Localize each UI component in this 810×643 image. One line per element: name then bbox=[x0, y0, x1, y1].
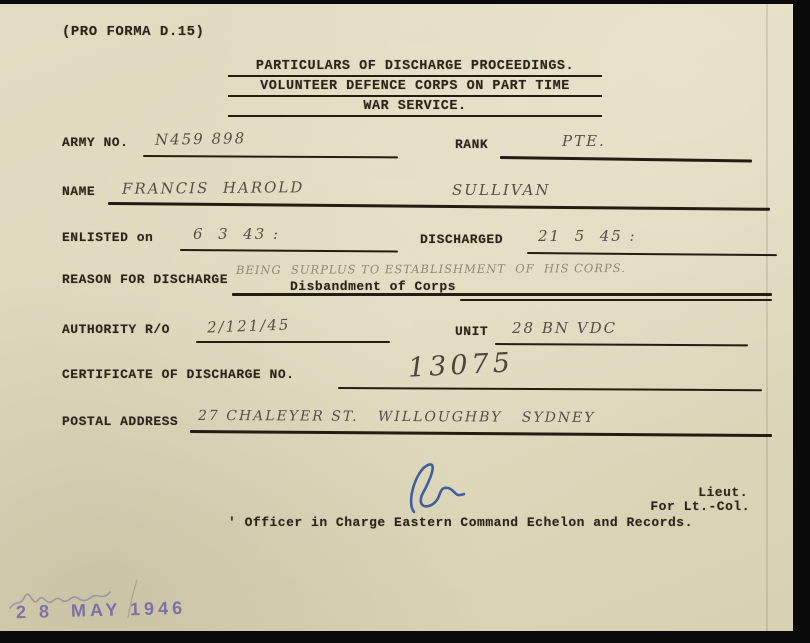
pro-forma-label: (PRO FORMA D.15) bbox=[62, 24, 204, 40]
rank-value: PTE. bbox=[562, 132, 606, 150]
name-label: NAME bbox=[62, 184, 95, 199]
scan-edge-bottom bbox=[0, 631, 810, 643]
ruled-line bbox=[495, 343, 748, 346]
certificate-label: CERTIFICATE OF DISCHARGE NO. bbox=[62, 367, 294, 382]
rank-label: RANK bbox=[455, 137, 488, 152]
army-no-label: ARMY NO. bbox=[62, 135, 128, 150]
reason-label: REASON FOR DISCHARGE bbox=[62, 272, 228, 287]
ruled-line bbox=[196, 341, 390, 343]
ruled-line bbox=[527, 252, 777, 256]
title-line-2: VOLUNTEER DEFENCE CORPS ON PART TIME bbox=[228, 79, 602, 97]
authority-value: 2/121/45 bbox=[207, 316, 291, 337]
reason-handwritten-value: BEING SURPLUS TO ESTABLISHMENT OF HIS CO… bbox=[236, 261, 626, 277]
ruled-line bbox=[338, 387, 762, 391]
ruled-line bbox=[460, 299, 772, 301]
ruled-line bbox=[108, 202, 770, 211]
title-line-1: PARTICULARS OF DISCHARGE PROCEEDINGS. bbox=[228, 59, 602, 77]
authority-label: AUTHORITY R/O bbox=[62, 322, 170, 337]
ruled-line bbox=[180, 249, 398, 253]
signature-rank-line: Lieut. bbox=[640, 485, 748, 500]
enlisted-label: ENLISTED on bbox=[62, 230, 153, 245]
postal-value: 27 CHALEYER ST. WILLOUGHBY SYDNEY bbox=[198, 408, 596, 426]
unit-label: UNIT bbox=[455, 324, 488, 339]
scanned-discharge-form: (PRO FORMA D.15) PARTICULARS OF DISCHARG… bbox=[0, 0, 810, 643]
title-line-3: WAR SERVICE. bbox=[228, 99, 602, 117]
discharged-label: DISCHARGED bbox=[420, 232, 503, 247]
ruled-line bbox=[143, 155, 398, 158]
unit-value: 28 BN VDC bbox=[512, 319, 617, 337]
paper-fold-line bbox=[766, 4, 768, 631]
discharged-value: 21 5 45 : bbox=[538, 227, 637, 245]
postal-label: POSTAL ADDRESS bbox=[62, 414, 178, 429]
officer-signature-ink bbox=[398, 460, 470, 518]
paper-sheet: (PRO FORMA D.15) PARTICULARS OF DISCHARG… bbox=[0, 4, 793, 631]
date-stamp: 2 8 MAY 1946 bbox=[16, 598, 187, 623]
ruled-line bbox=[190, 430, 772, 437]
ruled-line bbox=[232, 293, 772, 296]
reason-typed-value: Disbandment of Corps bbox=[290, 279, 456, 294]
scan-edge-top bbox=[0, 0, 810, 4]
certificate-value: 13075 bbox=[407, 347, 514, 384]
name-first-value: FRANCIS HAROLD bbox=[122, 178, 305, 198]
army-no-value: N459 898 bbox=[155, 129, 246, 149]
signature-for-line: For Lt.-Col. bbox=[600, 499, 750, 514]
form-title: PARTICULARS OF DISCHARGE PROCEEDINGS. VO… bbox=[228, 59, 602, 119]
ruled-line bbox=[500, 156, 752, 163]
enlisted-value: 6 3 43 : bbox=[193, 225, 280, 243]
signature-office-line: ' Officer in Charge Eastern Command Eche… bbox=[228, 515, 693, 530]
name-last-value: SULLIVAN bbox=[452, 181, 551, 199]
scan-edge-right bbox=[793, 0, 810, 643]
